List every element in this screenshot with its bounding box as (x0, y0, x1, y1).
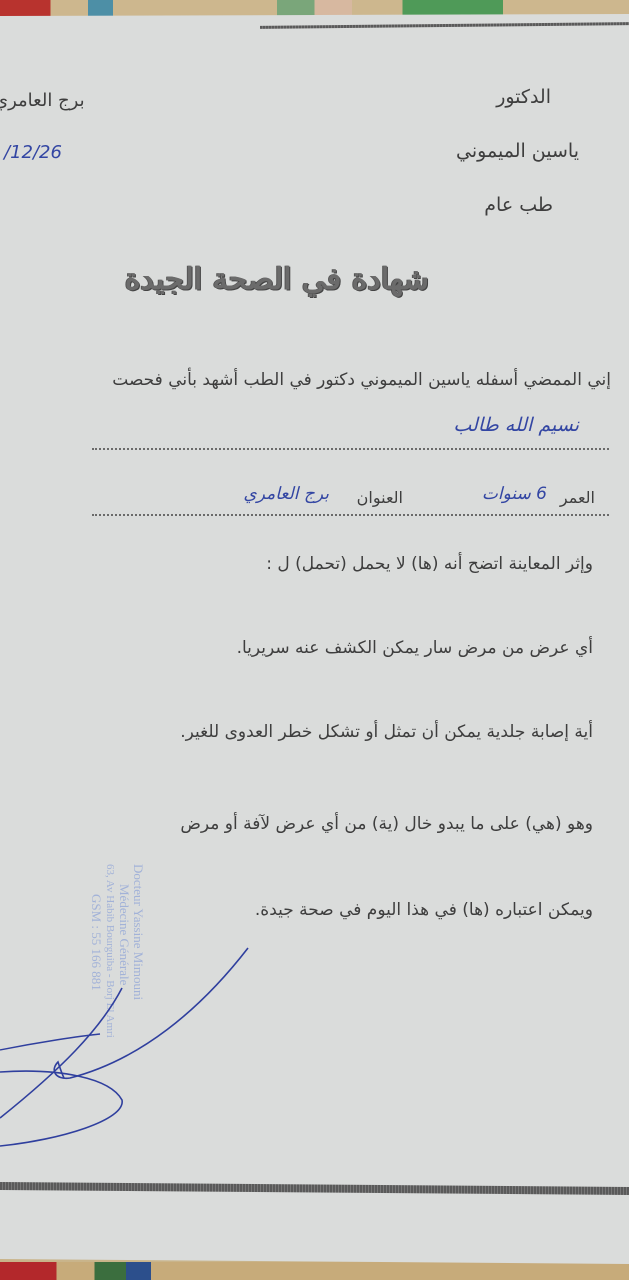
conclusion-line: ويمكن اعتباره (ها) في هذا اليوم في صحة ج… (255, 900, 593, 920)
doctor-title: الدكتور (496, 86, 551, 108)
condition-item-3: وهو (هي) على ما يبدو خال (ية) من أي عرض … (180, 814, 593, 834)
age-address-dotted-line (92, 514, 609, 516)
date-handwritten: /12/26 (4, 142, 62, 163)
exam-line: وإثر المعاينة اتضح أنه (ها) لا يحمل (تحم… (266, 554, 593, 574)
background-fabric-bottom (0, 1262, 629, 1280)
signature-icon (0, 940, 260, 1150)
doctor-specialty: طب عام (484, 194, 553, 216)
top-border-line (260, 22, 629, 29)
age-value-handwritten: 6 سنوات (482, 484, 547, 504)
bottom-border-line (0, 1182, 629, 1195)
intro-line: إني الممضي أسفله ياسين الميموني دكتور في… (112, 370, 611, 390)
patient-name-dotted-line (92, 448, 609, 450)
doctor-name: ياسين الميموني (456, 140, 579, 162)
condition-item-1: أي عرض من مرض سار يمكن الكشف عنه سريريا. (237, 638, 593, 658)
address-value-handwritten: برج العامري (243, 484, 329, 504)
age-label: العمر (560, 488, 595, 507)
patient-name-handwritten: نسيم الله طالب (453, 414, 579, 436)
location-label: برج العامري (0, 90, 85, 111)
address-label: العنوان (357, 488, 403, 507)
condition-item-2: أية إصابة جلدية يمكن أن تمثل أو تشكل خطر… (180, 722, 593, 742)
certificate-title: شهادة في الصحة الجيدة (125, 262, 429, 297)
